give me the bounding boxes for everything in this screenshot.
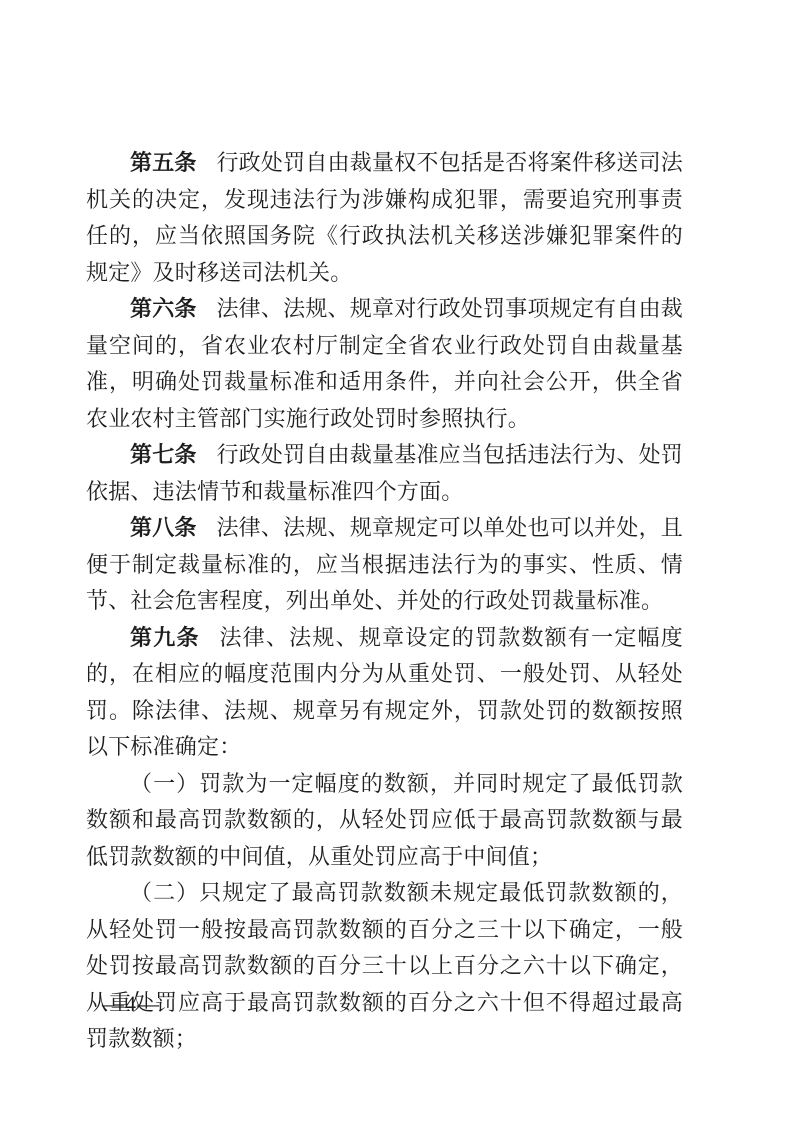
article-text: （二）只规定了最高罚款数额未规定最低罚款数额的，从轻处罚一般按最高罚款数额的百分… bbox=[86, 880, 683, 1051]
article-9-number: 第九条 bbox=[130, 625, 200, 650]
article-7: 第七条行政处罚自由裁量基准应当包括违法行为、处罚依据、违法情节和裁量标准四个方面… bbox=[86, 437, 683, 510]
article-6-number: 第六条 bbox=[130, 296, 197, 321]
article-text: （一）罚款为一定幅度的数额，并同时规定了最低罚款数额和最高罚款数额的，从轻处罚应… bbox=[86, 771, 683, 869]
article-8-number: 第八条 bbox=[130, 515, 197, 540]
article-5-number: 第五条 bbox=[130, 150, 197, 175]
article-5: 第五条行政处罚自由裁量权不包括是否将案件移送司法机关的决定，发现违法行为涉嫌构成… bbox=[86, 145, 683, 291]
article-7-number: 第七条 bbox=[130, 442, 197, 467]
page-number: —4— bbox=[102, 991, 160, 1017]
article-9-item-1: （一）罚款为一定幅度的数额，并同时规定了最低罚款数额和最高罚款数额的，从轻处罚应… bbox=[86, 766, 683, 876]
article-9-item-2: （二）只规定了最高罚款数额未规定最低罚款数额的，从轻处罚一般按最高罚款数额的百分… bbox=[86, 875, 683, 1058]
document-page: 第五条行政处罚自由裁量权不包括是否将案件移送司法机关的决定，发现违法行为涉嫌构成… bbox=[0, 0, 793, 1122]
article-9: 第九条法律、法规、规章设定的罚款数额有一定幅度的，在相应的幅度范围内分为从重处罚… bbox=[86, 620, 683, 766]
article-8: 第八条法律、法规、规章规定可以单处也可以并处，且便于制定裁量标准的，应当根据违法… bbox=[86, 510, 683, 620]
article-6: 第六条法律、法规、规章对行政处罚事项规定有自由裁量空间的，省农业农村厅制定全省农… bbox=[86, 291, 683, 437]
document-body: 第五条行政处罚自由裁量权不包括是否将案件移送司法机关的决定，发现违法行为涉嫌构成… bbox=[86, 145, 683, 1058]
